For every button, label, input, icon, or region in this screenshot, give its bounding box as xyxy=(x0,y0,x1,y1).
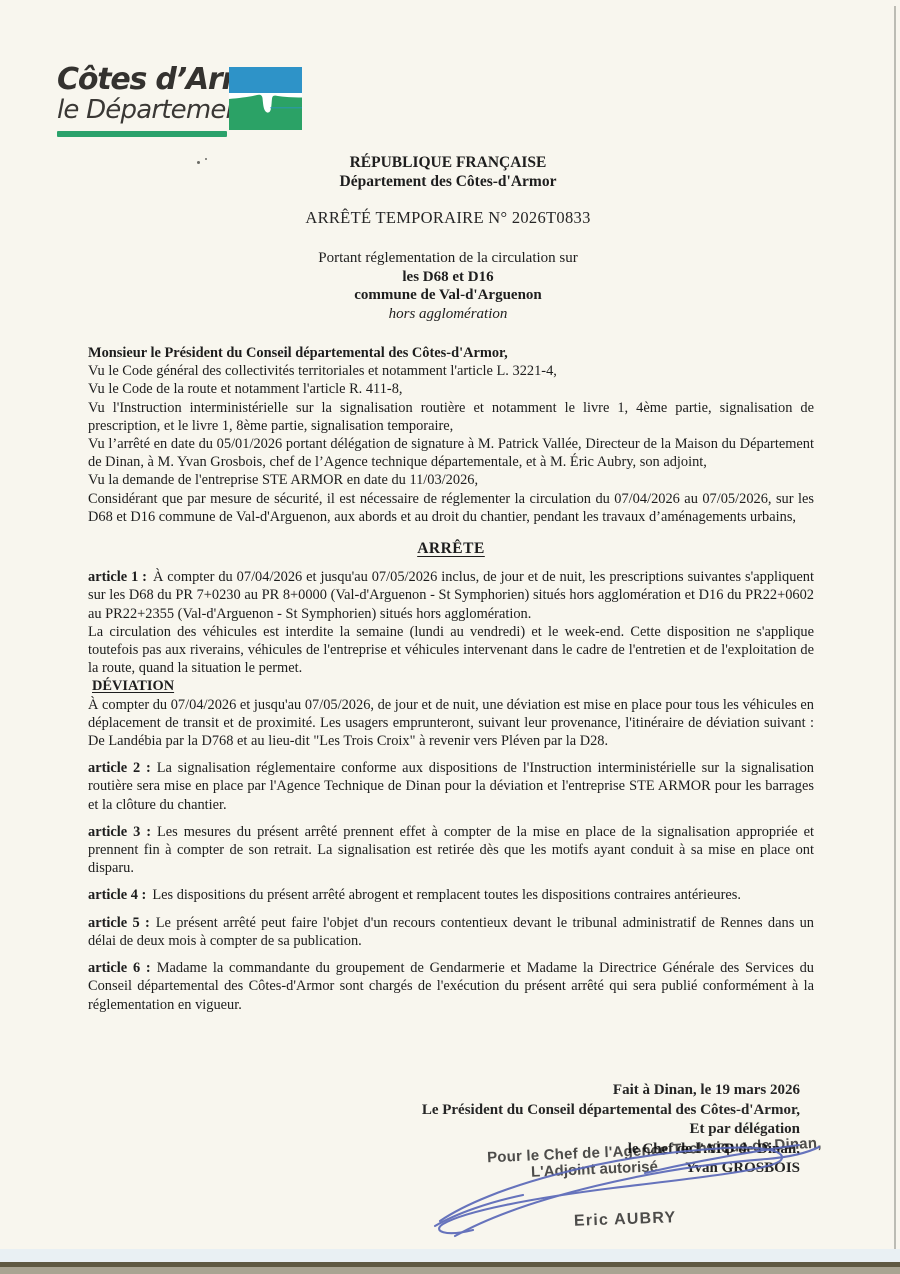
document-header: RÉPUBLIQUE FRANÇAISE Département des Côt… xyxy=(88,153,808,323)
article-3-label: article 3 : xyxy=(88,824,151,840)
article-5-label: article 5 : xyxy=(88,915,150,931)
article-4-label: article 4 : xyxy=(88,887,146,903)
article-5: article 5 :Le présent arrêté peut faire … xyxy=(88,914,814,950)
article-6: article 6 :Madame la commandante du grou… xyxy=(88,959,814,1014)
department-title: Département des Côtes-d'Armor xyxy=(88,172,808,191)
republic-title: RÉPUBLIQUE FRANÇAISE xyxy=(88,153,808,172)
article-2-label: article 2 : xyxy=(88,760,151,776)
subject-line-1: Portant réglementation de la circulation… xyxy=(88,249,808,268)
scanned-decree-page: Côtes d’Armor le Département RÉPUBLIQUE … xyxy=(0,0,900,1274)
salutation: Monsieur le Président du Conseil départe… xyxy=(88,344,814,362)
document-body: Monsieur le Président du Conseil départe… xyxy=(88,344,814,1014)
article-5-text: Le présent arrêté peut faire l'objet d'u… xyxy=(88,915,814,949)
article-2: article 2 :La signalisation réglementair… xyxy=(88,759,814,814)
preamble-clause: Vu la demande de l'entreprise STE ARMOR … xyxy=(88,471,814,489)
article-3-text: Les mesures du présent arrêté prennent e… xyxy=(88,824,814,876)
preamble-clause: Vu l'Instruction interministérielle sur … xyxy=(88,399,814,435)
preamble-clause: Considérant que par mesure de sécurité, … xyxy=(88,490,814,526)
signature-president-line: Le Président du Conseil départemental de… xyxy=(240,1101,800,1121)
deviation-text: À compter du 07/04/2026 et jusqu'au 07/0… xyxy=(88,696,814,751)
scan-bottom-strip xyxy=(0,1249,900,1262)
preamble-clause: Vu le Code général des collectivités ter… xyxy=(88,362,814,380)
scan-edge-line xyxy=(894,6,896,1258)
cotes-darmor-logo-mark-icon xyxy=(229,67,302,130)
article-6-label: article 6 : xyxy=(88,960,151,976)
article-1-label: article 1 : xyxy=(88,569,147,585)
scan-speck xyxy=(205,158,207,160)
scan-bottom-edge xyxy=(0,1267,900,1274)
signature-place-date: Fait à Dinan, le 19 mars 2026 xyxy=(240,1081,800,1101)
article-2-text: La signalisation réglementaire conforme … xyxy=(88,760,814,812)
arrete-heading: ARRÊTE xyxy=(88,540,814,558)
preamble-clause: Vu l’arrêté en date du 05/01/2026 portan… xyxy=(88,435,814,471)
article-3: article 3 :Les mesures du présent arrêté… xyxy=(88,823,814,878)
subject-line-3: commune de Val-d'Arguenon xyxy=(88,286,808,305)
decree-number: ARRÊTÉ TEMPORAIRE N° 2026T0833 xyxy=(88,208,808,228)
handwritten-signature xyxy=(395,1125,825,1250)
decree-subject: Portant réglementation de la circulation… xyxy=(88,249,808,323)
subject-line-4: hors agglomération xyxy=(88,305,808,324)
subject-line-2: les D68 et D16 xyxy=(88,268,808,287)
article-1-text: À compter du 07/04/2026 et jusqu'au 07/0… xyxy=(88,569,814,621)
article-1: article 1 :À compter du 07/04/2026 et ju… xyxy=(88,568,814,623)
article-6-text: Madame la commandante du groupement de G… xyxy=(88,960,814,1012)
scan-speck xyxy=(197,161,200,164)
logo-underline-bar xyxy=(57,131,227,137)
article-4: article 4 :Les dispositions du présent a… xyxy=(88,886,814,904)
preamble-clause: Vu le Code de la route et notamment l'ar… xyxy=(88,380,814,398)
article-4-text: Les dispositions du présent arrêté abrog… xyxy=(152,887,741,903)
article-1-continuation: La circulation des véhicules est interdi… xyxy=(88,623,814,678)
deviation-heading: DÉVIATION xyxy=(88,677,814,695)
